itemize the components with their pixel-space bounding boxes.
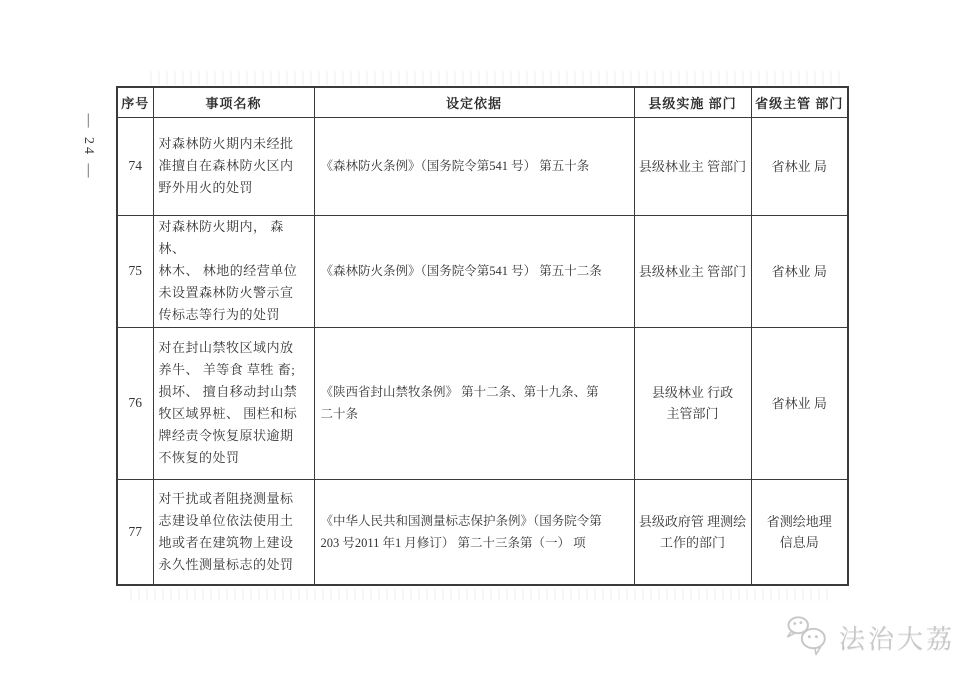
header-col-item-name: 事项名称 <box>153 87 314 117</box>
table-row: 76 对在封山禁牧区域内放 养牛、 羊等食 草牲 畜; 损坏、 擅自移动封山禁 … <box>117 327 848 479</box>
province-dept-cell: 省林业 局 <box>751 117 848 215</box>
header-col-legal-basis: 设定依据 <box>314 87 634 117</box>
scan-artifact-top <box>150 71 840 85</box>
item-name-cell: 对森林防火期内未经批 准擅自在森林防火区内 野外用火的处罚 <box>153 117 314 215</box>
table-row: 75 对森林防火期内， 森林、 林木、 林地的经营单位 未设置森林防火警示宣 传… <box>117 215 848 327</box>
row-number-cell: 74 <box>117 117 153 215</box>
header-col-number: 序号 <box>117 87 153 117</box>
province-dept-cell: 省测绘地理 信息局 <box>751 479 848 585</box>
wechat-icon <box>785 613 831 662</box>
legal-basis-cell: 《森林防火条例》（国务院令第541 号） 第五十二条 <box>314 215 634 327</box>
table-row: 77 对干扰或者阻挠测量标 志建设单位依法使用土 地或者在建筑物上建设 永久性测… <box>117 479 848 585</box>
county-dept-cell: 县级林业主 管部门 <box>634 215 751 327</box>
row-number-cell: 76 <box>117 327 153 479</box>
header-col-county-dept: 县级实施 部门 <box>634 87 751 117</box>
watermark: 法治大荔 <box>785 613 955 662</box>
legal-basis-cell: 《中华人民共和国测量标志保护条例》（国务院令第 203 号2011 年1 月修订… <box>314 479 634 585</box>
county-dept-cell: 县级政府管 理测绘 工作的部门 <box>634 479 751 585</box>
scanned-document-page: — 24 — 序号 事项名称 设定依据 县级实施 部门 省级主管 部门 74 对… <box>0 0 960 678</box>
legal-basis-cell: 《森林防火条例》（国务院令第541 号） 第五十条 <box>314 117 634 215</box>
watermark-label: 法治大荔 <box>839 619 955 656</box>
item-name-cell: 对森林防火期内， 森林、 林木、 林地的经营单位 未设置森林防火警示宣 传标志等… <box>153 215 314 327</box>
header-col-province-dept: 省级主管 部门 <box>751 87 848 117</box>
table-row: 74 对森林防火期内未经批 准擅自在森林防火区内 野外用火的处罚 《森林防火条例… <box>117 117 848 215</box>
row-number-cell: 75 <box>117 215 153 327</box>
county-dept-cell: 县级林业主 管部门 <box>634 117 751 215</box>
scan-artifact-bottom <box>130 589 830 601</box>
item-name-cell: 对干扰或者阻挠测量标 志建设单位依法使用土 地或者在建筑物上建设 永久性测量标志… <box>153 479 314 585</box>
page-number: — 24 — <box>80 114 96 181</box>
row-number-cell: 77 <box>117 479 153 585</box>
province-dept-cell: 省林业 局 <box>751 327 848 479</box>
table-header-row: 序号 事项名称 设定依据 县级实施 部门 省级主管 部门 <box>117 87 848 117</box>
item-name-cell: 对在封山禁牧区域内放 养牛、 羊等食 草牲 畜; 损坏、 擅自移动封山禁 牧区域… <box>153 327 314 479</box>
penalty-items-table: 序号 事项名称 设定依据 县级实施 部门 省级主管 部门 74 对森林防火期内未… <box>116 86 849 586</box>
province-dept-cell: 省林业 局 <box>751 215 848 327</box>
legal-basis-cell: 《陕西省封山禁牧条例》 第十二条、第十九条、第 二十条 <box>314 327 634 479</box>
county-dept-cell: 县级林业 行政 主管部门 <box>634 327 751 479</box>
